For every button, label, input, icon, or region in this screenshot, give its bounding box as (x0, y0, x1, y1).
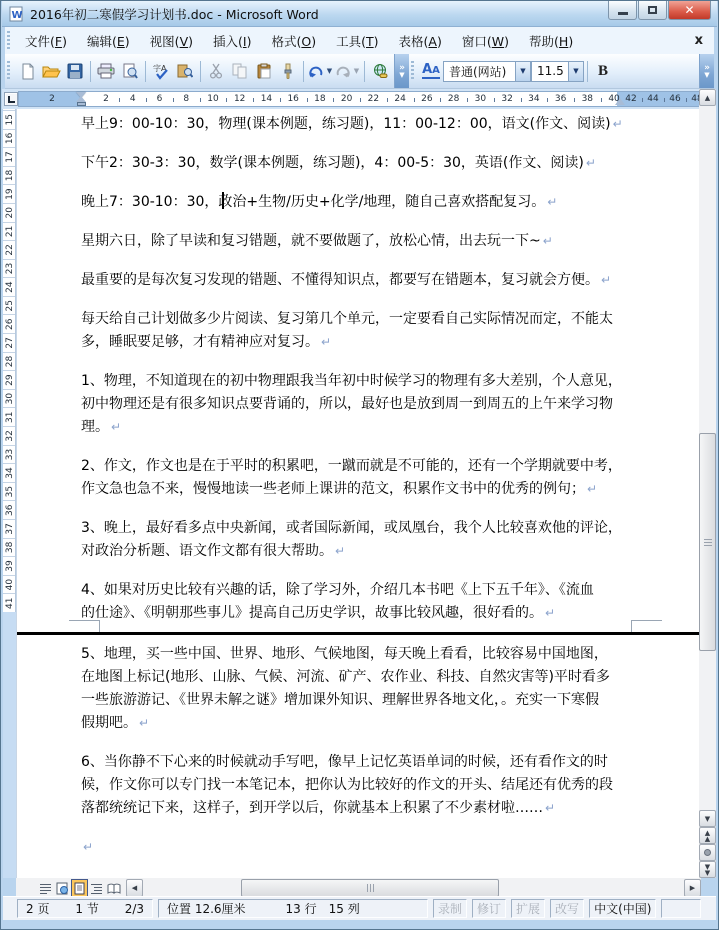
paragraph[interactable]: 2、作文，作文也是在于平时的积累吧，一蹴而就是不可能的，还有一个学期就要中考，作… (81, 455, 641, 501)
ruler-number: 32 (501, 94, 512, 105)
ruler-tick (440, 98, 441, 102)
ruler-number: 18 (314, 94, 325, 105)
word-app-icon: W (8, 6, 24, 22)
text-line[interactable]: 星期六日，除了早读和复习错题，就不要做题了，放松心情，出去玩一下~↵ (81, 230, 641, 253)
close-document-icon[interactable]: x (684, 33, 714, 48)
ruler-number: 25 (3, 296, 16, 315)
ruler-number: 12 (234, 94, 245, 105)
text-line[interactable]: 2、作文，作文也是在于平时的积累吧，一蹴而就是不可能的，还有一个学期就要中考， (81, 455, 641, 478)
ruler-tick (253, 98, 254, 102)
menu-item-o[interactable]: 格式(O) (261, 28, 326, 54)
ruler-number: 30 (3, 389, 16, 408)
ruler-number: 28 (3, 352, 16, 371)
font-size-value: 11.5 (537, 64, 564, 78)
paragraph[interactable]: 星期六日，除了早读和复习错题，就不要做题了，放松心情，出去玩一下~↵ (81, 230, 641, 253)
close-button[interactable]: ✕ (668, 1, 711, 20)
menu-bar: 文件(F)编辑(E)视图(V)插入(I)格式(O)工具(T)表格(A)窗口(W)… (5, 27, 714, 54)
ruler-number: 38 (582, 94, 593, 105)
vertical-ruler[interactable]: 4140393837363534333231302928272625242322… (3, 109, 16, 612)
ruler-tick (360, 98, 361, 102)
scroll-right-icon[interactable]: ▶ (684, 879, 701, 897)
style-combobox[interactable]: 普通(网站) ▼ (443, 61, 531, 82)
ruler-tick (307, 98, 308, 102)
reading-layout-view-button[interactable] (105, 879, 122, 897)
toolbar-drag-handle[interactable] (7, 61, 10, 81)
redo-dropdown-icon[interactable]: ▼ (352, 67, 361, 75)
mode-indicator[interactable]: 改写 (550, 899, 584, 918)
text-line[interactable]: 对政治分析题、语文作文都有很大帮助。↵ (81, 540, 641, 563)
language-indicator[interactable]: 中文(中国) (589, 899, 656, 918)
horizontal-scrollbar[interactable] (143, 879, 684, 897)
text-line[interactable]: 1、物理，不知道现在的初中物理跟我当年初中时候学习的物理有多大差别，个人意见， (81, 370, 641, 393)
ruler-tick (200, 98, 201, 102)
previous-page-icon[interactable]: ▲▲ (699, 827, 716, 844)
menu-item-h[interactable]: 帮助(H) (519, 28, 583, 54)
menu-item-t[interactable]: 工具(T) (326, 28, 388, 54)
next-page-icon[interactable]: ▼▼ (699, 861, 716, 878)
text-line[interactable]: 5、地理，买一些中国、世界、地形、气候地图，每天晚上看看，比较容易中国地图， (81, 643, 641, 666)
chevron-down-icon[interactable]: ▼ (568, 62, 583, 81)
minimize-icon (618, 12, 628, 15)
ruler-number: 8 (183, 94, 189, 105)
minimize-button[interactable] (608, 1, 637, 20)
cut-icon[interactable] (204, 59, 228, 83)
ruler-tick (226, 98, 227, 102)
page-break (17, 625, 701, 643)
ruler-number: 22 (368, 94, 379, 105)
text-line[interactable]: 作文急也急不来，慢慢地读一些老师上课讲的范文，积累作文书中的优秀的例句；↵ (81, 478, 641, 501)
paragraph[interactable]: 下午2：30-3：30，数学(课本例题，练习题)，4：00-5：30，英语(作文… (81, 152, 641, 175)
ruler-number: 36 (555, 94, 566, 105)
spelling-status-box (661, 899, 701, 918)
ruler-number: 41 (3, 593, 16, 612)
paragraph[interactable]: 3、晚上，最好看多点中央新闻，或者国际新闻，或凤凰台，我个人比较喜欢他的评论，对… (81, 517, 641, 563)
paragraph-mark: ↵ (335, 544, 345, 558)
text-line[interactable]: 多，睡眠要足够，才有精神应对复习。↵ (81, 331, 641, 354)
page-break-line (17, 632, 701, 635)
copy-icon[interactable] (228, 59, 252, 83)
mode-indicator[interactable]: 录制 (433, 899, 467, 918)
ruler-number: 18 (3, 166, 16, 185)
ruler-number: 24 (394, 94, 405, 105)
paragraph-mark: ↵ (111, 420, 121, 434)
undo-dropdown-icon[interactable]: ▼ (325, 67, 334, 75)
paragraph-mark: ↵ (83, 840, 93, 854)
font-size-combobox[interactable]: 11.5 ▼ (531, 61, 584, 82)
vertical-scrollbar-thumb[interactable] (699, 433, 716, 651)
text-boundary-mark (631, 620, 662, 632)
ruler-number: 38 (3, 538, 16, 557)
vertical-scrollbar[interactable]: ▲ ▼ ▲▲ ▼▼ (699, 89, 716, 878)
format-painter-icon[interactable] (276, 59, 300, 83)
ruler-number: 17 (3, 147, 16, 166)
ruler-number: 32 (3, 426, 16, 445)
paragraph-mark: ↵ (543, 234, 553, 248)
ruler-number: 23 (3, 259, 16, 278)
paragraph[interactable]: 4、如果对历史比较有兴趣的话，除了学习外，介绍几本书吧《上下五千年》、《流血的仕… (81, 579, 641, 625)
ruler-number: 6 (157, 94, 163, 105)
text-boundary-mark (69, 620, 100, 632)
paragraph-mark: ↵ (587, 482, 597, 496)
column-number: 15 列 (329, 900, 360, 917)
toolbar-drag-handle[interactable] (411, 61, 414, 81)
research-icon[interactable] (173, 59, 197, 83)
ruler-tick (387, 98, 388, 102)
text-line[interactable]: 下午2：30-3：30，数学(课本例题，练习题)，4：00-5：30，英语(作文… (81, 152, 641, 175)
ruler-tick (280, 98, 281, 102)
menu-item-w[interactable]: 窗口(W) (452, 28, 519, 54)
select-browse-object-icon[interactable] (699, 844, 716, 861)
thumb-grip (367, 884, 374, 892)
text-line[interactable]: 落都统统记下来，这样子，到开学以后，你就基本上积累了不少素材啦……↵ (81, 797, 641, 820)
ruler-tick (664, 98, 665, 102)
normal-view-button[interactable] (37, 879, 54, 897)
maximize-icon (648, 6, 657, 14)
page-margin-strip (3, 612, 16, 878)
ruler-number: 30 (475, 94, 486, 105)
menu-item-e[interactable]: 编辑(E) (77, 28, 140, 54)
mode-indicator[interactable]: 扩展 (511, 899, 545, 918)
text-line[interactable]: 候，作文你可以专门找一本笔记本，把你认为比较好的作文的开头、结尾还有优秀的段 (81, 774, 641, 797)
section-count: 1 节 (75, 900, 98, 917)
ruler-tick (574, 98, 575, 102)
ruler-tick (119, 98, 120, 102)
toolbar-drag-handle[interactable] (7, 31, 10, 51)
toolbar: 字A ▼ ▼ »▼ AA 普通(网站) ▼ 11.5 ▼ B »▼ (5, 54, 714, 89)
page-of-pages: 2/3 (125, 902, 144, 916)
text-line[interactable]: 的仕途》、《明朝那些事儿》提高自己历史学识，故事比较风趣，很好看的。↵ (81, 602, 641, 625)
ruler-number: 42 (625, 94, 636, 105)
horizontal-ruler[interactable]: 2246810121416182022242628303234363840424… (18, 91, 701, 107)
paragraph[interactable]: 1、物理，不知道现在的初中物理跟我当年初中时候学习的物理有多大差别，个人意见，初… (81, 370, 641, 439)
print-icon[interactable] (94, 59, 118, 83)
web-layout-view-button[interactable] (54, 879, 71, 897)
ruler-number: 34 (528, 94, 539, 105)
ruler-number: 26 (421, 94, 432, 105)
ruler-number: 33 (3, 445, 16, 464)
ruler-number: 19 (3, 184, 16, 203)
paragraph[interactable]: ↵ (81, 836, 641, 859)
text-line[interactable]: 6、当你静不下心来的时候就动手写吧，像早上记忆英语单词的时候，还有看作文的时 (81, 751, 641, 774)
paste-icon[interactable] (252, 59, 276, 83)
ruler-number: 39 (3, 556, 16, 575)
text-line[interactable]: 最重要的是每次复习发现的错题、不懂得知识点，都要写在错题本，复习就会方便。↵ (81, 269, 641, 292)
redo-icon[interactable] (334, 59, 352, 83)
menu-item-i[interactable]: 插入(I) (203, 28, 261, 54)
text-line[interactable]: 在地图上标记(地形、山脉、气候、河流、矿产、农作业、科技、自然灾害等)平时看多 (81, 666, 641, 689)
ruler-number: 2 (103, 94, 109, 105)
ruler-number: 24 (3, 277, 16, 296)
print-layout-view-button[interactable] (71, 879, 88, 897)
outline-view-button[interactable] (88, 879, 105, 897)
mode-indicator[interactable]: 修订 (472, 899, 506, 918)
tab-selector[interactable] (4, 92, 18, 106)
ruler-number: 40 (3, 575, 16, 594)
left-tab-icon (8, 96, 15, 103)
page-count: 2 页 (26, 900, 49, 917)
position-pane: 位置 12.6厘米 13 行 15 列 (158, 899, 428, 918)
paragraph[interactable]: 6、当你静不下心来的时候就动手写吧，像早上记忆英语单词的时候，还有看作文的时候，… (81, 751, 641, 820)
ruler-number: 22 (3, 240, 16, 259)
text-cursor (222, 192, 224, 209)
bold-button[interactable]: B (591, 59, 615, 83)
paragraph[interactable]: 晚上7：30-10：30，政治+生物/历史+化学/地理，随自己喜欢搭配复习。↵ (81, 191, 641, 214)
window-title: 2016年初二寒假学习计划书.doc - Microsoft Word (30, 5, 319, 23)
ruler-tick (521, 98, 522, 102)
open-icon[interactable] (39, 59, 63, 83)
ruler-number: 2 (49, 94, 55, 105)
ruler-number: 31 (3, 407, 16, 426)
text-line[interactable]: 3、晚上，最好看多点中央新闻，或者国际新闻，或凤凰台，我个人比较喜欢他的评论， (81, 517, 641, 540)
ruler-number: 28 (448, 94, 459, 105)
ruler-number: 36 (3, 500, 16, 519)
ruler-number: 46 (669, 94, 680, 105)
print-preview-icon[interactable] (118, 59, 142, 83)
text-line[interactable]: 4、如果对历史比较有兴趣的话，除了学习外，介绍几本书吧《上下五千年》、《流血 (81, 579, 641, 602)
save-icon[interactable] (63, 59, 87, 83)
ruler-number: 16 (3, 129, 16, 148)
ruler-number: 27 (3, 333, 16, 352)
paragraph-mark: ↵ (545, 606, 555, 620)
paragraph[interactable]: 每天给自己计划做多少片阅读、复习第几个单元，一定要看自己实际情况而定，不能太多，… (81, 308, 641, 354)
svg-text:W: W (12, 10, 23, 21)
ruler-number: 15 (3, 110, 16, 129)
menu-item-a[interactable]: 表格(A) (389, 28, 452, 54)
ruler-number: 20 (3, 203, 16, 222)
ruler-number: 4 (130, 94, 136, 105)
ruler-tick (642, 98, 643, 102)
horizontal-scrollbar-row: ◀ ▶ (16, 878, 701, 898)
titlebar: W 2016年初二寒假学习计划书.doc - Microsoft Word ✕ (2, 1, 717, 27)
text-line[interactable]: 每天给自己计划做多少片阅读、复习第几个单元，一定要看自己实际情况而定，不能太 (81, 308, 641, 331)
word-window: W 2016年初二寒假学习计划书.doc - Microsoft Word ✕ … (0, 0, 719, 930)
document-text[interactable]: 早上9：00-10：30，物理(课本例题，练习题)，11：00-12：00，语文… (81, 113, 641, 875)
ruler-tick (173, 98, 174, 102)
ruler-number: 35 (3, 482, 16, 501)
spelling-check-icon[interactable]: 字A (149, 59, 173, 83)
styles-formatting-icon[interactable]: AA (419, 59, 443, 83)
paragraph-mark: ↵ (547, 195, 557, 209)
menu-item-f[interactable]: 文件(F) (15, 28, 77, 54)
scroll-left-icon[interactable]: ◀ (126, 879, 143, 897)
toolbar-options-icon[interactable]: »▼ (394, 54, 409, 88)
ruler-number: 40 (608, 94, 619, 105)
text-line[interactable]: 晚上7：30-10：30，政治+生物/历史+化学/地理，随自己喜欢搭配复习。↵ (81, 191, 641, 214)
ruler-number: 34 (3, 463, 16, 482)
ruler-number: 44 (647, 94, 658, 105)
text-line[interactable]: ↵ (81, 836, 641, 859)
left-indent-marker[interactable] (77, 102, 86, 106)
scroll-down-icon[interactable]: ▼ (699, 810, 716, 827)
paragraph-mark: ↵ (545, 801, 555, 815)
new-document-icon[interactable] (15, 59, 39, 83)
ruler-tick (333, 98, 334, 102)
horizontal-scrollbar-thumb[interactable] (241, 879, 499, 897)
page-info-pane: 2 页 1 节 2/3 (17, 899, 153, 918)
ruler-tick (146, 98, 147, 102)
ruler-tick (494, 98, 495, 102)
close-icon: ✕ (684, 3, 694, 17)
paragraph-mark: ↵ (613, 117, 623, 131)
ruler-number: 10 (207, 94, 218, 105)
scroll-up-icon[interactable]: ▲ (699, 89, 716, 106)
ruler-number: 20 (341, 94, 352, 105)
paragraph[interactable]: 最重要的是每次复习发现的错题、不懂得知识点，都要写在错题本，复习就会方便。↵ (81, 269, 641, 292)
chevron-down-icon[interactable]: ▼ (515, 62, 530, 81)
thumb-grip (704, 539, 712, 546)
text-line[interactable]: 初中物理还是有很多知识点要背诵的，所以，最好也是放到周一到周五的上午来学习物 (81, 393, 641, 416)
paragraph-mark: ↵ (586, 156, 596, 170)
ruler-number: 29 (3, 370, 16, 389)
ruler-number: 14 (261, 94, 272, 105)
undo-icon[interactable] (307, 59, 325, 83)
text-line[interactable]: 假期吧。↵ (81, 712, 641, 735)
ruler-number: 26 (3, 315, 16, 334)
paragraph[interactable]: 早上9：00-10：30，物理(课本例题，练习题)，11：00-12：00，语文… (81, 113, 641, 136)
ruler-tick (467, 98, 468, 102)
ruler-tick (547, 98, 548, 102)
ruler-tick (686, 98, 687, 102)
ruler-tick (414, 98, 415, 102)
status-bar: 2 页 1 节 2/3 位置 12.6厘米 13 行 15 列 录制修订扩展改写… (3, 896, 716, 920)
text-line[interactable]: 一些旅游游记、《世界未解之谜》增加课外知识、理解世界各地文化，。充实一下寒假 (81, 689, 641, 712)
insert-hyperlink-icon[interactable] (368, 59, 392, 83)
cursor-position: 位置 12.6厘米 (167, 900, 246, 917)
text-line[interactable]: 早上9：00-10：30，物理(课本例题，练习题)，11：00-12：00，语文… (81, 113, 641, 136)
ruler-number: 21 (3, 222, 16, 241)
maximize-button[interactable] (638, 1, 667, 20)
ruler-tick (601, 98, 602, 102)
text-line[interactable]: 理。↵ (81, 416, 641, 439)
paragraph-mark: ↵ (601, 273, 611, 287)
paragraph-mark: ↵ (139, 716, 149, 730)
document-area[interactable]: 早上9：00-10：30，物理(课本例题，练习题)，11：00-12：00，语文… (16, 109, 701, 878)
ruler-number: 37 (3, 519, 16, 538)
ruler-number: 16 (287, 94, 298, 105)
toolbar-options-icon[interactable]: »▼ (699, 54, 714, 88)
menu-item-v[interactable]: 视图(V) (140, 28, 203, 54)
paragraph[interactable]: 5、地理，买一些中国、世界、地形、气候地图，每天晚上看看，比较容易中国地图，在地… (81, 643, 641, 735)
line-number: 13 行 (286, 900, 317, 917)
style-value: 普通(网站) (449, 63, 506, 80)
paragraph-mark: ↵ (321, 335, 331, 349)
